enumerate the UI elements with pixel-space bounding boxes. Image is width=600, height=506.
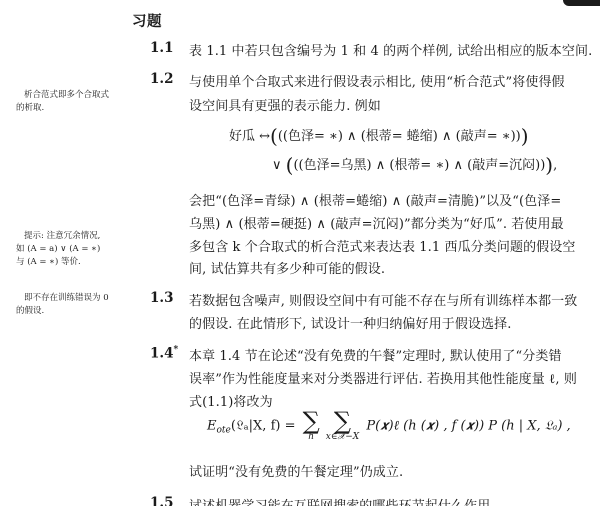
exercise-1-2-line-2: 设空间具有更强的表示能力. 例如 xyxy=(189,95,381,114)
formula-comma: , xyxy=(553,158,557,173)
formula-e-subscript: ote xyxy=(217,426,231,436)
formula-nfl: Eote(𝔏ₐ|X, f) = ∑h∑x∈𝒳−X P(𝒙)ℓ (h (𝒙) , … xyxy=(207,410,571,442)
exercise-1-3-line-2: 的假设. 在此情形下, 试设计一种归纳偏好用于假设选择. xyxy=(189,313,511,332)
margin-note-line: 的假设. xyxy=(16,305,109,318)
exercise-1-2-line-1: 与使用单个合取式来进行假设表示相比, 使用“析合范式”将使得假 xyxy=(189,71,565,90)
formula-e: E xyxy=(207,419,217,434)
margin-note-line: 提示: 注意冗余情况, xyxy=(16,230,100,243)
margin-note-line: 的析取. xyxy=(16,102,109,115)
sum-over-h: ∑h xyxy=(303,410,320,442)
exercise-number-1-3: 1.3 xyxy=(150,290,174,306)
exercise-1-2-after-4: 间, 试估算共有多少种可能的假设. xyxy=(189,258,385,277)
formula-lhs: 好瓜 ↔ xyxy=(229,129,270,144)
margin-note-line: 即不存在训练错误为 0 xyxy=(16,292,109,305)
formula-or-symbol: ∨ xyxy=(272,158,282,173)
exercise-number-1-1: 1.1 xyxy=(150,40,174,56)
exercise-1-2-after-1: 会把“(色泽=青绿) ∧ (根蒂=蜷缩) ∧ (敲声=清脆)”以及“(色泽= xyxy=(189,190,561,209)
margin-note-hint: 提示: 注意冗余情况, 如 (A = a) ∨ (A = ∗) 与 (A = ∗… xyxy=(16,230,100,269)
margin-note-line: 如 (A = a) ∨ (A = ∗) xyxy=(16,243,100,256)
exercise-1-4-line-3: 式(1.1)将改为 xyxy=(189,391,273,410)
exercise-1-4-after-1: 试证明“没有免费的午餐定理”仍成立. xyxy=(189,461,403,480)
sum-over-x: ∑x∈𝒳−X xyxy=(326,410,359,442)
formula-lhs-args: (𝔏ₐ|X, f) = xyxy=(231,419,296,434)
exercise-number-1-2: 1.2 xyxy=(150,71,174,87)
formula-body: P(𝒙)ℓ (h (𝒙) , f (𝒙)) P (h | X, 𝔏ₐ) , xyxy=(366,419,570,434)
formula-term-2: (色泽=乌黑) ∧ (根蒂= ∗) ∧ (敲声=沉闷) xyxy=(299,158,541,173)
margin-note-dnf: 析合范式即多个合取式 的析取. xyxy=(16,89,109,115)
exercise-1-2-after-2: 乌黑) ∧ (根蒂=硬挺) ∧ (敲声=沉闷)”都分类为“好瓜”. 若使用最 xyxy=(189,213,564,232)
exercise-number-1-4: 1.4* xyxy=(150,345,178,362)
exercise-number-text: 1.4 xyxy=(150,346,174,362)
window-corner-tab xyxy=(563,0,600,6)
formula-dnf-row-1: 好瓜 ↔(((色泽= ∗) ∧ (根蒂= 蜷缩) ∧ (敲声= ∗))) xyxy=(229,125,529,146)
section-title: 习题 xyxy=(132,10,162,31)
margin-note-line: 与 (A = ∗) 等价. xyxy=(16,256,100,269)
exercise-1-2-after-3: 多包含 k 个合取式的析合范式来表达表 1.1 西瓜分类问题的假设空 xyxy=(189,236,575,255)
formula-term-1: (色泽= ∗) ∧ (根蒂= 蜷缩) ∧ (敲声= ∗) xyxy=(283,129,516,144)
exercise-number-1-5: 1.5 xyxy=(150,495,174,506)
star-marker: * xyxy=(174,345,179,355)
exercise-1-1-text: 表 1.1 中若只包含编号为 1 和 4 的两个样例, 试给出相应的版本空间. xyxy=(189,40,592,59)
formula-dnf-row-2: ∨ (((色泽=乌黑) ∧ (根蒂= ∗) ∧ (敲声=沉闷))), xyxy=(272,154,557,175)
sum-subscript: x∈𝒳−X xyxy=(326,432,359,442)
exercise-1-5-line-1: 试述机器学习能在互联网搜索的哪些环节起什么作用. xyxy=(189,495,495,506)
exercise-1-4-line-1: 本章 1.4 节在论述“没有免费的午餐”定理时, 默认使用了“分类错 xyxy=(189,345,562,364)
margin-note-line: 析合范式即多个合取式 xyxy=(16,89,109,102)
margin-note-no-error: 即不存在训练错误为 0 的假设. xyxy=(16,292,109,318)
exercise-1-4-line-2: 误率”作为性能度量来对分类器进行评估. 若换用其他性能度量 ℓ, 则 xyxy=(189,368,577,387)
exercise-1-3-line-1: 若数据包含噪声, 则假设空间中有可能不存在与所有训练样本都一致 xyxy=(189,290,577,309)
